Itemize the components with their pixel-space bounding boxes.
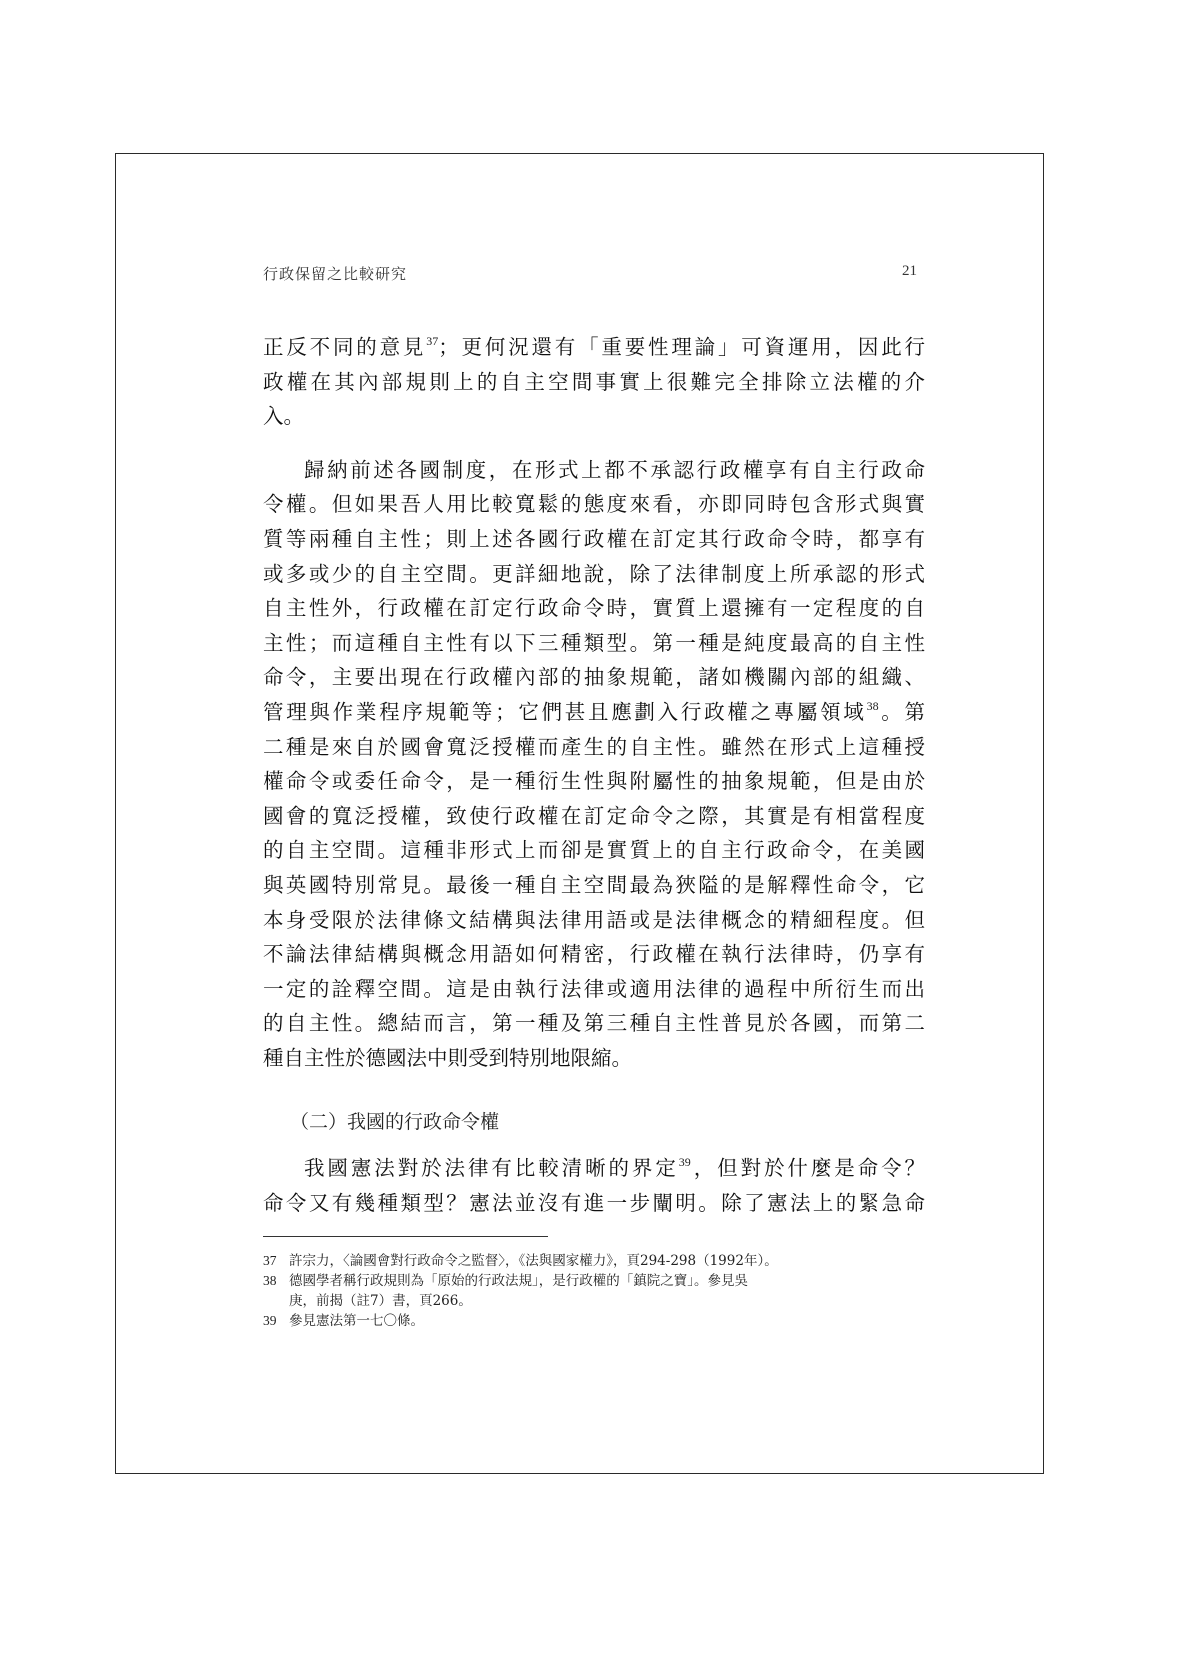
section-heading: （二）我國的行政命令權 <box>290 1107 499 1134</box>
text-line: 的自主空間。這種非形式上而卻是實質上的自主行政命令，在美國 <box>263 833 925 868</box>
footnote-37: 37 許宗力，〈論國會對行政命令之監督〉，《法與國家權力》，頁294-298（1… <box>263 1251 943 1271</box>
footnote-39: 39 參見憲法第一七〇條。 <box>263 1311 943 1331</box>
text-line: 質等兩種自主性；則上述各國行政權在訂定其行政命令時，都享有 <box>263 522 925 557</box>
paragraph-1: 正反不同的意見37；更何況還有「重要性理論」可資運用，因此行 政權在其內部規則上… <box>263 330 925 434</box>
footnote-separator <box>263 1236 548 1237</box>
text-line: 管理與作業程序規範等；它們甚且應劃入行政權之專屬領域38。第 <box>263 695 925 730</box>
footnote-number: 38 <box>263 1271 289 1291</box>
paragraph-3: 我國憲法對於法律有比較清晰的界定39，但對於什麼是命令？ 命令又有幾種類型？憲法… <box>263 1151 925 1220</box>
footnote-ref-39[interactable]: 39 <box>679 1155 691 1169</box>
running-title: 行政保留之比較研究 <box>263 263 407 284</box>
text-line: 的自主性。總結而言，第一種及第三種自主性普見於各國，而第二 <box>263 1006 925 1041</box>
text-line: 政權在其內部規則上的自主空間事實上很難完全排除立法權的介 <box>263 365 925 400</box>
footnote-text: 德國學者稱行政規則為「原始的行政法規」，是行政權的「鎮院之寶」。參見吳 <box>289 1271 943 1291</box>
text-line: 主性；而這種自主性有以下三種類型。第一種是純度最高的自主性 <box>263 626 925 661</box>
text-line: 一定的詮釋空間。這是由執行法律或適用法律的過程中所衍生而出 <box>263 972 925 1007</box>
text-line: 種自主性於德國法中則受到特別地限縮。 <box>263 1041 925 1076</box>
text-line: 與英國特別常見。最後一種自主空間最為狹隘的是解釋性命令，它 <box>263 868 925 903</box>
footnote-text: 許宗力，〈論國會對行政命令之監督〉，《法與國家權力》，頁294-298（1992… <box>289 1251 943 1271</box>
text-line: 或多或少的自主空間。更詳細地說，除了法律制度上所承認的形式 <box>263 557 925 592</box>
footnote-number: 39 <box>263 1311 289 1331</box>
footnote-38-continuation: 庚，前揭（註7）書，頁266。 <box>263 1291 943 1311</box>
body-text: 正反不同的意見37；更何況還有「重要性理論」可資運用，因此行 政權在其內部規則上… <box>263 330 925 1075</box>
footnote-ref-38[interactable]: 38 <box>867 699 879 713</box>
footnote-38: 38 德國學者稱行政規則為「原始的行政法規」，是行政權的「鎮院之寶」。參見吳 <box>263 1271 943 1291</box>
text-line: 自主性外，行政權在訂定行政命令時，實質上還擁有一定程度的自 <box>263 591 925 626</box>
footnotes: 37 許宗力，〈論國會對行政命令之監督〉，《法與國家權力》，頁294-298（1… <box>263 1251 943 1331</box>
footnote-ref-37[interactable]: 37 <box>426 334 438 348</box>
text-line: 權命令或委任命令，是一種衍生性與附屬性的抽象規範，但是由於 <box>263 764 925 799</box>
text-line: 歸納前述各國制度，在形式上都不承認行政權享有自主行政命 <box>263 453 925 488</box>
paragraph-2: 歸納前述各國制度，在形式上都不承認行政權享有自主行政命 令權。但如果吾人用比較寬… <box>263 453 925 1076</box>
text-line: 本身受限於法律條文結構與法律用語或是法律概念的精細程度。但 <box>263 903 925 938</box>
page-number: 21 <box>902 263 917 280</box>
text-line: 命令又有幾種類型？憲法並沒有進一步闡明。除了憲法上的緊急命 <box>263 1186 925 1221</box>
text-line: 入。 <box>263 399 925 434</box>
text-line: 令權。但如果吾人用比較寬鬆的態度來看，亦即同時包含形式與實 <box>263 487 925 522</box>
text-line: 我國憲法對於法律有比較清晰的界定39，但對於什麼是命令？ <box>263 1151 925 1186</box>
text-line: 二種是來自於國會寬泛授權而產生的自主性。雖然在形式上這種授 <box>263 730 925 765</box>
footnote-number: 37 <box>263 1251 289 1271</box>
text-line: 國會的寬泛授權，致使行政權在訂定命令之際，其實是有相當程度 <box>263 799 925 834</box>
text-line: 不論法律結構與概念用語如何精密，行政權在執行法律時，仍享有 <box>263 937 925 972</box>
text-line: 命令，主要出現在行政權內部的抽象規範，諸如機關內部的組織、 <box>263 660 925 695</box>
text-line: 正反不同的意見37；更何況還有「重要性理論」可資運用，因此行 <box>263 330 925 365</box>
footnote-text: 參見憲法第一七〇條。 <box>289 1311 943 1331</box>
